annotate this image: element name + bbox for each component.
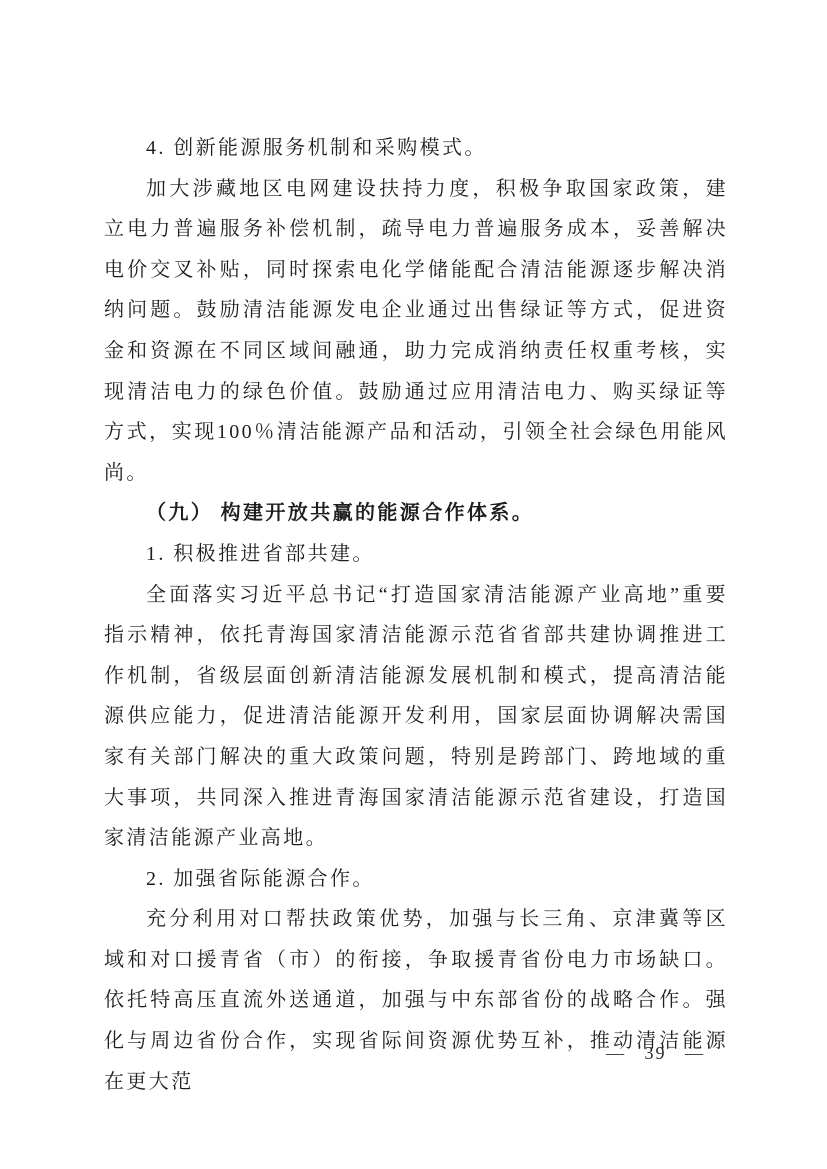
page-body-text: 4. 创新能源服务机制和采购模式。 加大涉藏地区电网建设扶持力度，积极争取国家政… bbox=[104, 128, 728, 1102]
numbered-item-4: 4. 创新能源服务机制和采购模式。 bbox=[104, 128, 728, 169]
numbered-item-2: 2. 加强省际能源合作。 bbox=[104, 859, 728, 900]
body-paragraph-interprovincial: 充分利用对口帮扶政策优势，加强与长三角、京津冀等区域和对口援青省（市）的衔接，争… bbox=[104, 899, 728, 1102]
page-number: — 39 — bbox=[606, 1041, 705, 1065]
document-page: 4. 创新能源服务机制和采购模式。 加大涉藏地区电网建设扶持力度，积极争取国家政… bbox=[0, 0, 827, 1169]
body-paragraph-province-ministry: 全面落实习近平总书记“打造国家清洁能源产业高地”重要指示精神，依托青海国家清洁能… bbox=[104, 575, 728, 859]
numbered-item-1: 1. 积极推进省部共建。 bbox=[104, 534, 728, 575]
body-paragraph-grid-support: 加大涉藏地区电网建设扶持力度，积极争取国家政策，建立电力普遍服务补偿机制，疏导电… bbox=[104, 169, 728, 494]
section-heading-nine: （九） 构建开放共赢的能源合作体系。 bbox=[104, 493, 728, 534]
